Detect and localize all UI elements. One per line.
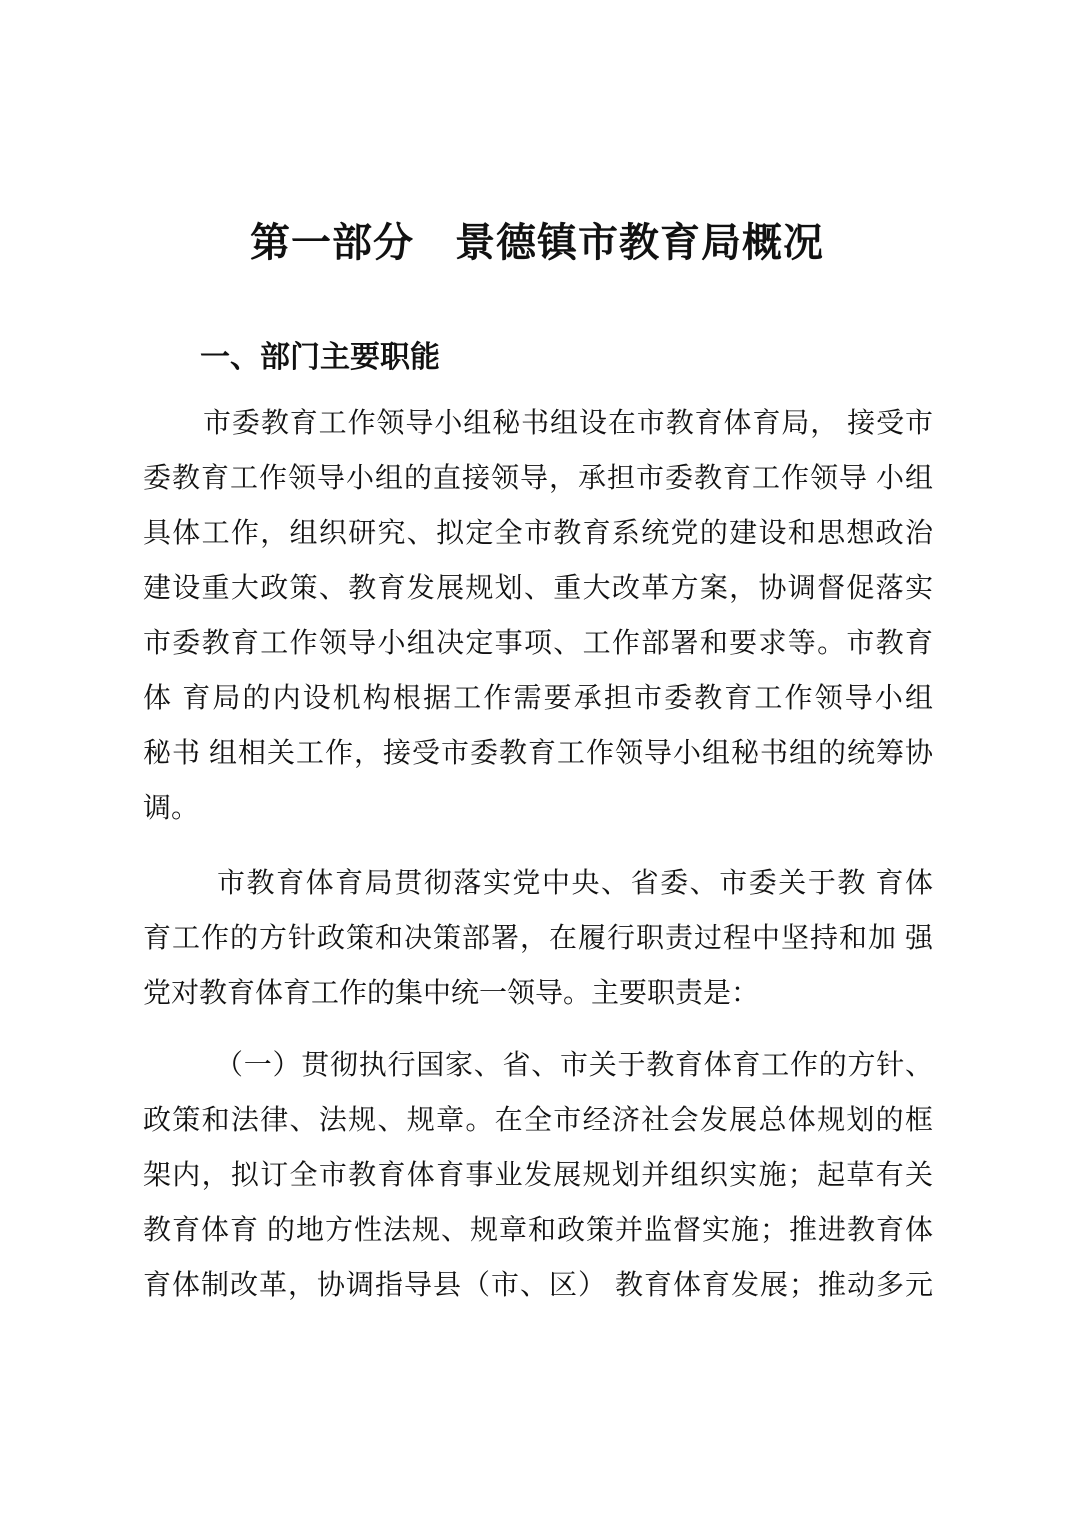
text-line: 调。 [143,781,933,836]
document-title: 第一部分 景德镇市教育局概况 [0,219,1074,267]
text-line: 建设重大政策、教育发展规划、重大改革方案，协调督促落实 [143,561,933,616]
text-line: 具体工作，组织研究、拟定全市教育系统党的建设和思想政治 [143,506,933,561]
text-line: 育体制改革，协调指导县（市、区） 教育体育发展；推动多元 [143,1258,933,1313]
text-line: 市委教育工作领导小组秘书组设在市教育体育局， 接受市 [143,396,933,451]
paragraph-2: 市教育体育局贯彻落实党中央、省委、市委关于教 育体 育工作的方针政策和决策部署，… [143,856,933,1021]
paragraph-3: （一）贯彻执行国家、省、市关于教育体育工作的方针、 政策和法律、法规、规章。在全… [143,1038,933,1313]
text-line: 党对教育体育工作的集中统一领导。主要职责是： [143,966,933,1021]
document-body: 市委教育工作领导小组秘书组设在市教育体育局， 接受市 委教育工作领导小组的直接领… [143,396,933,1313]
text-line: 架内，拟订全市教育体育事业发展规划并组织实施；起草有关 [143,1148,933,1203]
text-line: 育工作的方针政策和决策部署，在履行职责过程中坚持和加 强 [143,911,933,966]
text-line: 市教育体育局贯彻落实党中央、省委、市委关于教 育体 [143,856,933,911]
text-line: 教育体育 的地方性法规、规章和政策并监督实施；推进教育体 [143,1203,933,1258]
text-line: 政策和法律、法规、规章。在全市经济社会发展总体规划的框 [143,1093,933,1148]
text-line: 体 育局的内设机构根据工作需要承担市委教育工作领导小组 [143,671,933,726]
text-line: 市委教育工作领导小组决定事项、工作部署和要求等。市教育 [143,616,933,671]
text-line: 委教育工作领导小组的直接领导，承担市委教育工作领导 小组 [143,451,933,506]
document-page: 第一部分 景德镇市教育局概况 一、部门主要职能 市委教育工作领导小组秘书组设在市… [0,0,1074,1520]
text-line: 秘书 组相关工作，接受市委教育工作领导小组秘书组的统筹协 [143,726,933,781]
text-line: （一）贯彻执行国家、省、市关于教育体育工作的方针、 [143,1038,933,1093]
section-heading: 一、部门主要职能 [200,338,440,378]
paragraph-1: 市委教育工作领导小组秘书组设在市教育体育局， 接受市 委教育工作领导小组的直接领… [143,396,933,836]
